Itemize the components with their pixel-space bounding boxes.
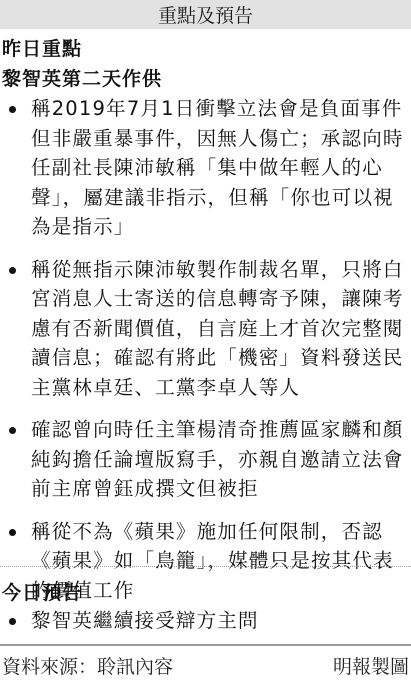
yesterday-list: 稱2019年7月1日衝擊立法會是負面事件但非嚴重暴事件，因無人傷亡；承認向時任副… — [0, 94, 411, 605]
yesterday-subheading: 黎智英第二天作供 — [2, 64, 162, 91]
list-item-text: 黎智英繼續接受辯方主問 — [31, 609, 259, 632]
list-item: 確認曾向時任主筆楊清奇推薦區家麟和顏純鈎擔任論壇版寫手，亦親自邀請立法會前主席曾… — [0, 415, 411, 504]
list-item-text: 稱從不為《蘋果》施加任何限制，否認《蘋果》如「鳥籠」，媒體只是按其代表的價值工作 — [31, 520, 394, 602]
bullet-icon — [9, 529, 16, 536]
source-label: 資料來源：聆訊內容 — [2, 652, 173, 679]
footer: 資料來源：聆訊內容 明報製圖 — [2, 652, 409, 679]
credit-label: 明報製圖 — [333, 652, 409, 679]
yesterday-heading: 昨日重點 — [2, 34, 82, 61]
bullet-icon — [9, 267, 16, 274]
list-item: 稱2019年7月1日衝擊立法會是負面事件但非嚴重暴事件，因無人傷亡；承認向時任副… — [0, 94, 411, 242]
dotted-divider — [0, 566, 411, 567]
list-item: 稱從無指示陳沛敏製作制裁名單，只將白宮消息人士寄送的信息轉寄予陳，讓陳考慮有否新… — [0, 255, 411, 403]
today-heading: 今日預告 — [2, 578, 82, 605]
list-item: 黎智英繼續接受辯方主問 — [0, 606, 411, 636]
solid-divider — [0, 644, 411, 646]
list-item-text: 稱2019年7月1日衝擊立法會是負面事件但非嚴重暴事件，因無人傷亡；承認向時任副… — [31, 97, 404, 238]
bullet-icon — [9, 427, 16, 434]
header-bar: 重點及預告 — [0, 0, 411, 29]
list-item-text: 稱從無指示陳沛敏製作制裁名單，只將白宮消息人士寄送的信息轉寄予陳，讓陳考慮有否新… — [31, 258, 404, 399]
list-item-text: 確認曾向時任主筆楊清奇推薦區家麟和顏純鈎擔任論壇版寫手，亦親自邀請立法會前主席曾… — [31, 418, 404, 500]
bullet-icon — [9, 106, 16, 113]
today-list: 黎智英繼續接受辯方主問 — [0, 606, 411, 636]
bullet-icon — [9, 618, 16, 625]
header-title: 重點及預告 — [158, 1, 253, 28]
